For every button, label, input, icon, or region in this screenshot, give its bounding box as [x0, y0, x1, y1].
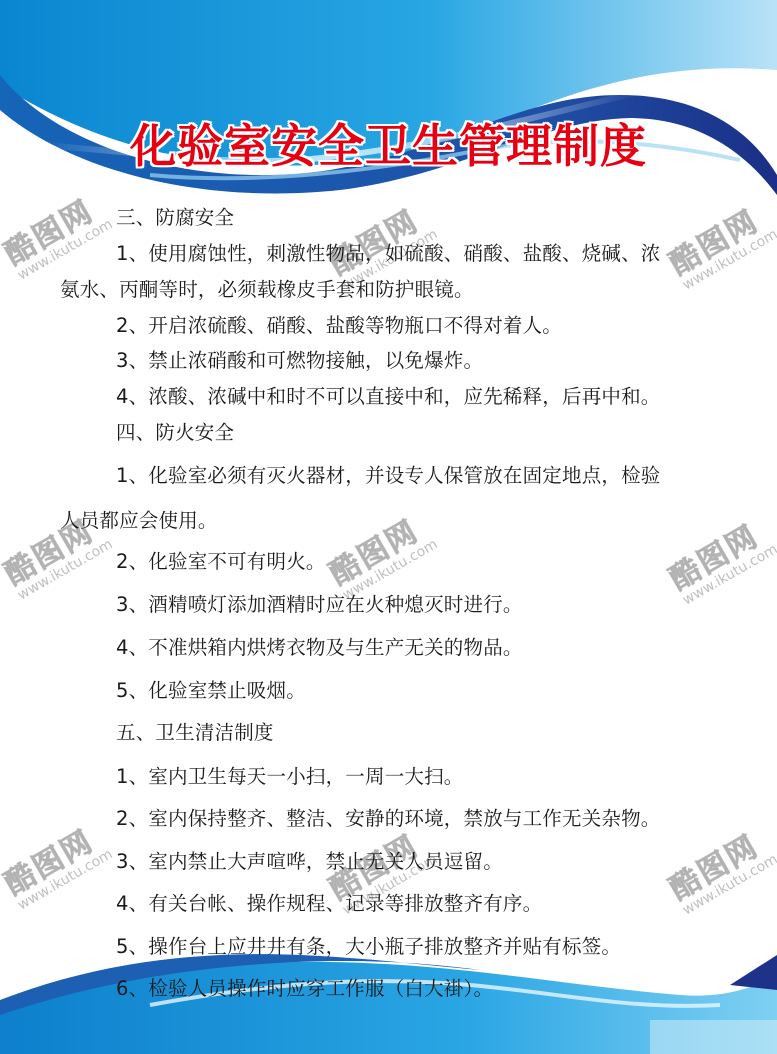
section-heading: 三、防腐安全 — [116, 202, 234, 230]
rule-item: 1、室内卫生每天一小扫，一周一大扫。 — [116, 761, 464, 789]
rule-item: 2、室内保持整齐、整洁、安静的环境，禁放与工作无关杂物。 — [116, 803, 661, 831]
rule-item: 4、浓酸、浓碱中和时不可以直接中和，应先稀释，后再中和。 — [116, 381, 661, 409]
rule-item: 4、有关台帐、操作规程、记录等排放整齐有序。 — [116, 888, 542, 916]
rule-item: 5、操作台上应井井有条，大小瓶子排放整齐并贴有标签。 — [116, 931, 621, 959]
rule-item: 5、化验室禁止吸烟。 — [116, 675, 306, 703]
section-heading: 四、防火安全 — [116, 417, 234, 445]
poster: 化验室安全卫生管理制度 酷图网www.ikutu.com 酷图网www.ikut… — [0, 0, 777, 1054]
rule-item: 2、开启浓硫酸、硝酸、盐酸等物瓶口不得对着人。 — [116, 310, 562, 338]
rule-item: 4、不准烘箱内烘烤衣物及与生产无关的物品。 — [116, 632, 523, 660]
rule-item: 1、使用腐蚀性，刺激性物品，如硫酸、硝酸、盐酸、烧碱、浓 — [116, 238, 661, 266]
rule-item: 2、化验室不可有明火。 — [116, 546, 326, 574]
rule-item: 3、禁止浓硝酸和可燃物接触，以免爆炸。 — [116, 345, 483, 373]
rule-item: 3、酒精喷灯添加酒精时应在火种熄灭时进行。 — [116, 589, 523, 617]
rule-item: 3、室内禁止大声喧哗，禁止无关人员逗留。 — [116, 846, 503, 874]
rule-item-continuation: 氨水、丙酮等时，必须载橡皮手套和防护眼镜。 — [60, 274, 474, 302]
rule-item: 6、检验人员操作时应穿工作服（白大褂）。 — [116, 973, 493, 1001]
rule-item: 1、化验室必须有灭火器材，并设专人保管放在固定地点，检验 — [116, 460, 661, 488]
rule-item-continuation: 人员都应会使用。 — [60, 505, 218, 533]
section-heading: 五、卫生清洁制度 — [116, 717, 274, 745]
page-title: 化验室安全卫生管理制度 — [0, 110, 777, 176]
